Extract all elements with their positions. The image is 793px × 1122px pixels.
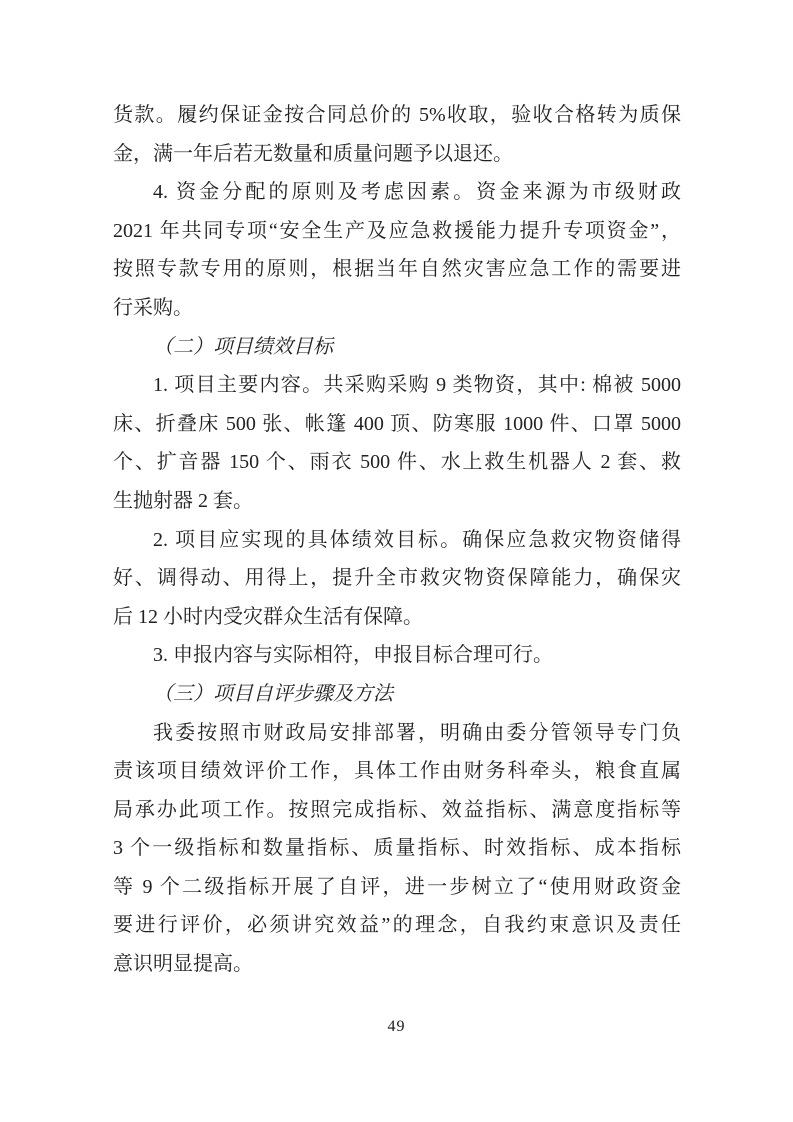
text-line: 1. 项目主要内容。共采购采购 9 类物资，其中: 棉被 5000 bbox=[113, 366, 681, 405]
page-number: 49 bbox=[0, 1018, 793, 1036]
text-line: 床、折叠床 500 张、帐篷 400 顶、防寒服 1000 件、口罩 5000 bbox=[113, 405, 681, 444]
text-line: 货款。履约保证金按合同总价的 5%收取，验收合格转为质保 bbox=[113, 96, 681, 135]
document-page: 货款。履约保证金按合同总价的 5%收取，验收合格转为质保 金，满一年后若无数量和… bbox=[0, 0, 793, 1122]
text-line: 4. 资金分配的原则及考虑因素。资金来源为市级财政 bbox=[113, 173, 681, 212]
text-line: 按照专款专用的原则，根据当年自然灾害应急工作的需要进 bbox=[113, 250, 681, 289]
text-line: 行采购。 bbox=[113, 289, 681, 328]
text-line: 好、调得动、用得上，提升全市救灾物资保障能力，确保灾 bbox=[113, 559, 681, 598]
text-line: 个、扩音器 150 个、雨衣 500 件、水上救生机器人 2 套、救 bbox=[113, 443, 681, 482]
page-body-text: 货款。履约保证金按合同总价的 5%收取，验收合格转为质保 金，满一年后若无数量和… bbox=[113, 96, 681, 984]
section-heading: （三）项目自评步骤及方法 bbox=[113, 675, 681, 714]
text-line: 金，满一年后若无数量和质量问题予以退还。 bbox=[113, 135, 681, 174]
text-line: 要进行评价，必须讲究效益”的理念，自我约束意识及责任 bbox=[113, 906, 681, 945]
section-heading: （二）项目绩效目标 bbox=[113, 328, 681, 367]
text-line: 责该项目绩效评价工作，具体工作由财务科牵头，粮食直属 bbox=[113, 752, 681, 791]
text-line: 2. 项目应实现的具体绩效目标。确保应急救灾物资储得 bbox=[113, 521, 681, 560]
text-line: 3. 申报内容与实际相符，申报目标合理可行。 bbox=[113, 636, 681, 675]
text-line: 3 个一级指标和数量指标、质量指标、时效指标、成本指标 bbox=[113, 829, 681, 868]
text-line: 后 12 小时内受灾群众生活有保障。 bbox=[113, 598, 681, 637]
text-line: 我委按照市财政局安排部署，明确由委分管领导专门负 bbox=[113, 714, 681, 753]
text-line: 2021 年共同专项“安全生产及应急救援能力提升专项资金”， bbox=[113, 212, 681, 251]
text-line: 意识明显提高。 bbox=[113, 945, 681, 984]
text-line: 生抛射器 2 套。 bbox=[113, 482, 681, 521]
text-line: 等 9 个二级指标开展了自评，进一步树立了“使用财政资金 bbox=[113, 868, 681, 907]
text-line: 局承办此项工作。按照完成指标、效益指标、满意度指标等 bbox=[113, 791, 681, 830]
